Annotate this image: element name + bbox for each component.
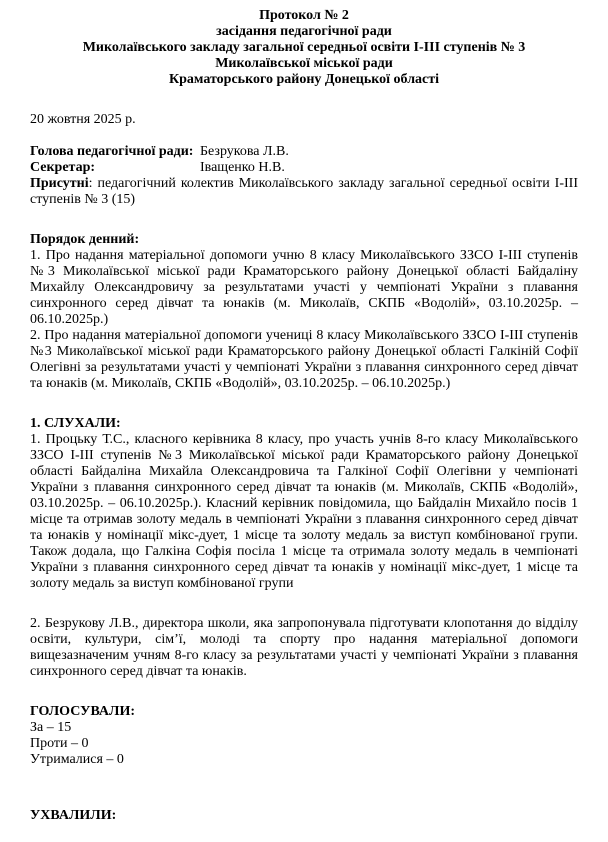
chair-value: Безрукова Л.В. — [200, 144, 289, 160]
protocol-title: Протокол № 2 — [30, 8, 578, 24]
protocol-subtitle: засідання педагогічної ради — [30, 24, 578, 40]
meeting-meta: Голова педагогічної ради: Безрукова Л.В.… — [30, 144, 578, 208]
votes-for: За – 15 — [30, 720, 578, 736]
document-page: Протокол № 2 засідання педагогічної ради… — [0, 0, 608, 842]
district-name: Краматорського району Донецької області — [30, 72, 578, 88]
present-row: Присутні: педагогічний колектив Миколаїв… — [30, 176, 578, 208]
resolved-title: УХВАЛИЛИ: — [30, 808, 578, 824]
voting-section: ГОЛОСУВАЛИ: За – 15 Проти – 0 Утрималися… — [30, 704, 578, 768]
secretary-value: Іващенко Н.В. — [200, 160, 285, 176]
agenda-item: 2. Про надання матеріальної допомоги уче… — [30, 328, 578, 392]
institution-name: Миколаївського закладу загальної середнь… — [30, 40, 578, 56]
chair-label: Голова педагогічної ради: — [30, 144, 200, 160]
protocol-header: Протокол № 2 засідання педагогічної ради… — [30, 8, 578, 88]
agenda-section: Порядок денний: 1. Про надання матеріаль… — [30, 232, 578, 392]
voting-title: ГОЛОСУВАЛИ: — [30, 704, 578, 720]
present-value: : педагогічний колектив Миколаївського з… — [30, 176, 578, 207]
heard-title: 1. СЛУХАЛИ: — [30, 416, 578, 432]
votes-against: Проти – 0 — [30, 736, 578, 752]
chair-row: Голова педагогічної ради: Безрукова Л.В. — [30, 144, 578, 160]
secretary-row: Секретар: Іващенко Н.В. — [30, 160, 578, 176]
present-label: Присутні — [30, 176, 89, 191]
council-name: Миколаївської міської ради — [30, 56, 578, 72]
agenda-item: 1. Про надання матеріальної допомоги учн… — [30, 248, 578, 328]
secretary-label: Секретар: — [30, 160, 200, 176]
votes-abstained: Утрималися – 0 — [30, 752, 578, 768]
meeting-date: 20 жовтня 2025 р. — [30, 112, 578, 128]
heard-item: 1. Процьку Т.С., класного керівника 8 кл… — [30, 432, 578, 592]
heard-item: 2. Безрукову Л.В., директора школи, яка … — [30, 616, 578, 680]
resolved-section: УХВАЛИЛИ: — [30, 808, 578, 824]
agenda-title: Порядок денний: — [30, 232, 578, 248]
heard-section: 1. СЛУХАЛИ: 1. Процьку Т.С., класного ке… — [30, 416, 578, 680]
